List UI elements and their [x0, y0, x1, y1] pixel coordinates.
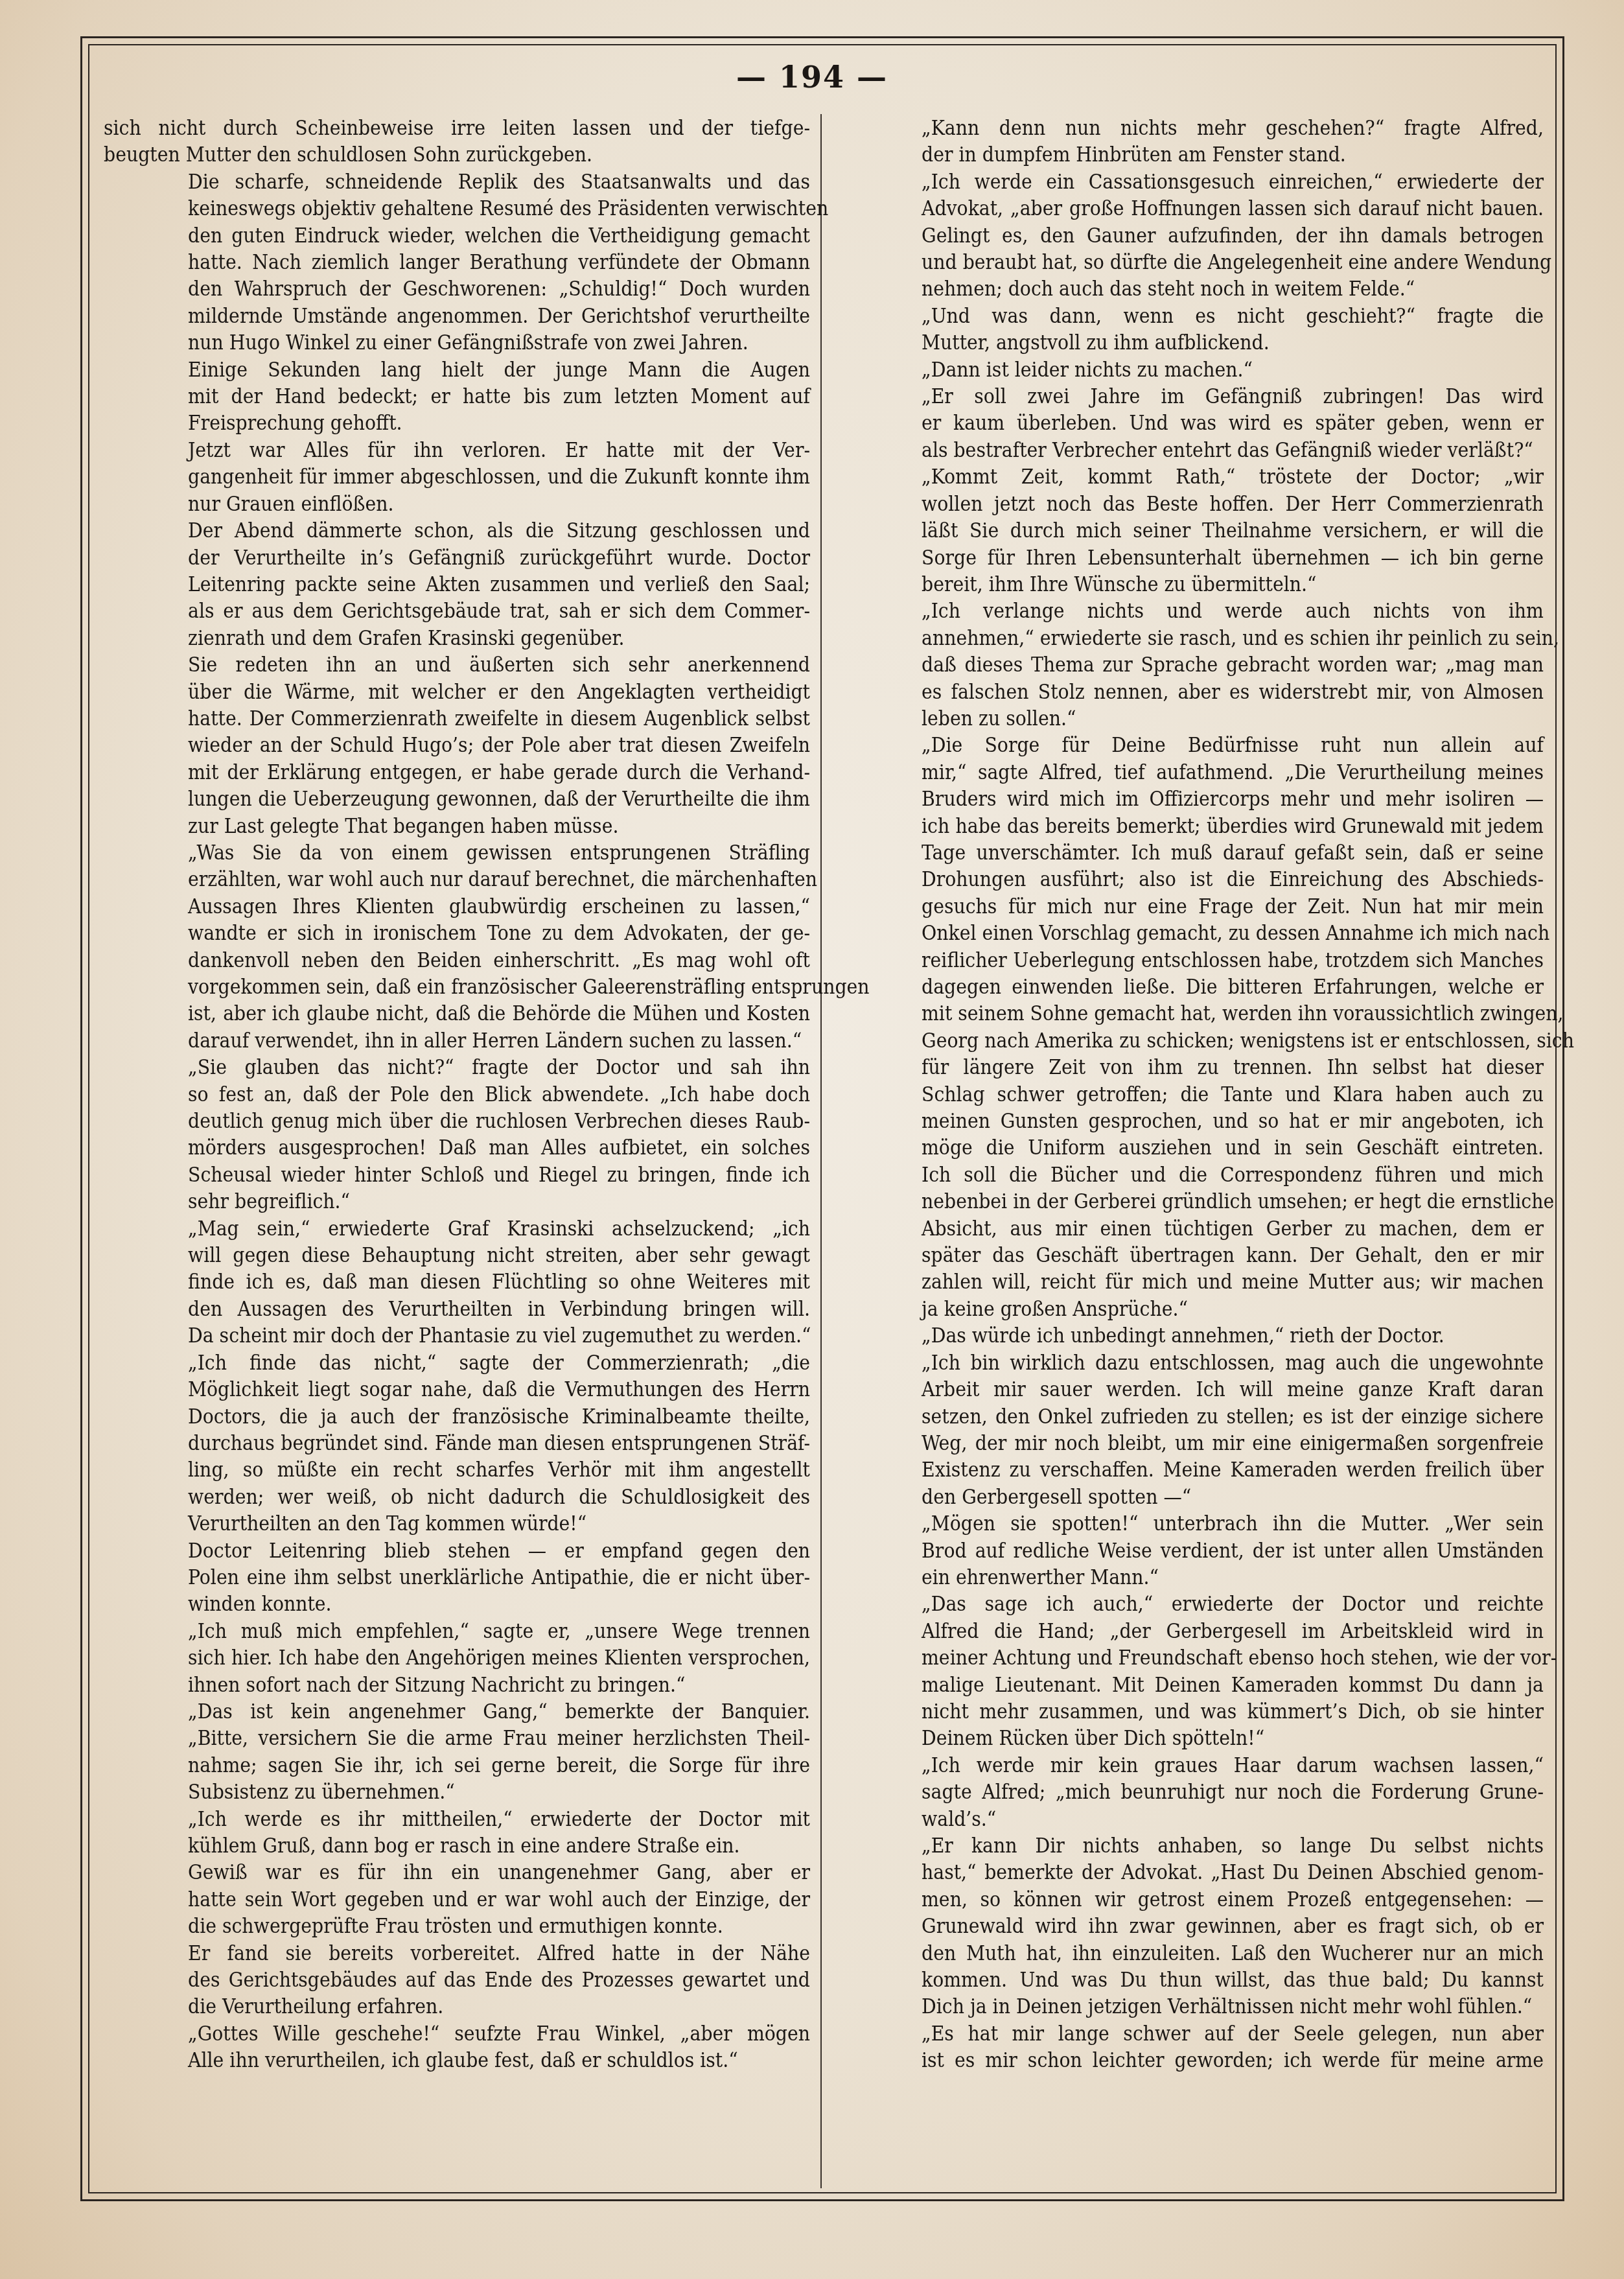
text-line: „Ich bin wirklich dazu entschlossen, mag…	[837, 1350, 1544, 1377]
page-number: —194—	[0, 60, 1624, 95]
text-line: „Mögen sie spotten!“ unterbrach ihn die …	[837, 1511, 1544, 1537]
text-line: über die Wärme, mit welcher er den Angek…	[104, 679, 810, 706]
text-line: „Kommt Zeit, kommt Rath,“ tröstete der D…	[837, 464, 1544, 491]
text-line: reiflicher Ueberlegung entschlossen habe…	[837, 948, 1544, 974]
paragraph: „Kommt Zeit, kommt Rath,“ tröstete der D…	[837, 464, 1544, 598]
text-line: „Bitte, versichern Sie die arme Frau mei…	[104, 1725, 810, 1752]
text-line: den Wahrspruch der Geschworenen: „Schuld…	[104, 276, 810, 303]
text-line: für längere Zeit von ihm zu trennen. Ihn…	[837, 1055, 1544, 1081]
text-line: sich nicht durch Scheinbeweise irre leit…	[104, 115, 810, 142]
text-line: deutlich genug mich über die ruchlosen V…	[104, 1108, 810, 1135]
text-line: „Ich werde ein Cassationsgesuch einreich…	[837, 169, 1544, 196]
text-line: wald’s.“	[837, 1806, 1544, 1833]
text-line: Möglichkeit liegt sogar nahe, daß die Ve…	[104, 1377, 810, 1403]
text-line: der Verurtheilte in’s Gefängniß zurückge…	[104, 545, 810, 572]
paragraph: Doctor Leitenring blieb stehen — er empf…	[104, 1538, 810, 1619]
paragraph: Einige Sekunden lang hielt der junge Man…	[104, 357, 810, 438]
text-line: Drohungen ausführt; also ist die Einreic…	[837, 867, 1544, 893]
text-line: nehmen; doch auch das steht noch in weit…	[837, 276, 1544, 303]
paragraph: „Kann denn nun nichts mehr geschehen?“ f…	[837, 115, 1544, 169]
paragraph: „Sie glauben das nicht?“ fragte der Doct…	[104, 1055, 810, 1215]
paragraph: „Mag sein,“ erwiederte Graf Krasinski ac…	[104, 1216, 810, 1350]
text-line: möge die Uniform ausziehen und in sein G…	[837, 1135, 1544, 1162]
text-line: sagte Alfred; „mich beunruhigt nur noch …	[837, 1779, 1544, 1806]
text-line: Verurtheilten an den Tag kommen würde!“	[104, 1511, 810, 1537]
text-line: Freisprechung gehofft.	[104, 410, 810, 437]
paragraph: „Er kann Dir nichts anhaben, so lange Du…	[837, 1833, 1544, 2021]
text-line: kühlem Gruß, dann bog er rasch in eine a…	[104, 1833, 810, 1860]
paragraph: „Es hat mir lange schwer auf der Seele g…	[837, 2021, 1544, 2075]
text-line: „Ich werde es ihr mittheilen,“ erwiedert…	[104, 1806, 810, 1833]
text-line: Sorge für Ihren Lebensunterhalt übernehm…	[837, 545, 1544, 572]
text-line: als er aus dem Gerichtsgebäude trat, sah…	[104, 598, 810, 625]
left-text-column: sich nicht durch Scheinbeweise irre leit…	[104, 115, 810, 2075]
text-line: wieder an der Schuld Hugo’s; der Pole ab…	[104, 732, 810, 759]
text-line: werden; wer weiß, ob nicht dadurch die S…	[104, 1484, 810, 1511]
text-line: vorgekommen sein, daß ein französischer …	[104, 974, 810, 1001]
text-line: bereit, ihm Ihre Wünsche zu übermitteln.…	[837, 572, 1544, 598]
text-line: Scheusal wieder hinter Schloß und Riegel…	[104, 1162, 810, 1189]
text-line: sich hier. Ich habe den Angehörigen mein…	[104, 1645, 810, 1672]
text-line: beugten Mutter den schuldlosen Sohn zurü…	[104, 142, 810, 169]
text-line: Existenz zu verschaffen. Meine Kameraden…	[837, 1457, 1544, 1484]
text-line: Die scharfe, schneidende Replik des Staa…	[104, 169, 810, 196]
text-line: „Ich muß mich empfehlen,“ sagte er, „uns…	[104, 1619, 810, 1645]
paragraph: „Mögen sie spotten!“ unterbrach ihn die …	[837, 1511, 1544, 1591]
text-line: ja keine großen Ansprüche.“	[837, 1296, 1544, 1323]
text-line: Mutter, angstvoll zu ihm aufblickend.	[837, 330, 1544, 356]
text-line: Absicht, aus mir einen tüchtigen Gerber …	[837, 1216, 1544, 1243]
text-line: mildernde Umstände angenommen. Der Geric…	[104, 303, 810, 330]
text-line: Polen eine ihm selbst unerklärliche Anti…	[104, 1565, 810, 1591]
text-line: Arbeit mir sauer werden. Ich will meine …	[837, 1377, 1544, 1403]
paragraph: Gewiß war es für ihn ein unangenehmer Ga…	[104, 1860, 810, 1940]
text-line: „Das würde ich unbedingt annehmen,“ riet…	[837, 1323, 1544, 1350]
text-line: nahme; sagen Sie ihr, ich sei gerne bere…	[104, 1753, 810, 1779]
text-line: zahlen will, reicht für mich und meine M…	[837, 1269, 1544, 1296]
text-line: dagegen einwenden ließe. Die bitteren Er…	[837, 974, 1544, 1001]
text-line: gangenheit für immer abgeschlossen, und …	[104, 464, 810, 491]
paragraph: Die scharfe, schneidende Replik des Staa…	[104, 169, 810, 357]
text-line: ling, so müßte ein recht scharfes Verhör…	[104, 1457, 810, 1484]
text-line: ein ehrenwerther Mann.“	[837, 1565, 1544, 1591]
text-line: die schwergeprüfte Frau trösten und ermu…	[104, 1913, 810, 1940]
paragraph: „Dann ist leider nichts zu machen.“	[837, 357, 1544, 384]
text-line: „Dann ist leider nichts zu machen.“	[837, 357, 1544, 384]
paragraph: Der Abend dämmerte schon, als die Sitzun…	[104, 518, 810, 652]
text-line: meiner Achtung und Freundschaft ebenso h…	[837, 1645, 1544, 1672]
text-line: „Die Sorge für Deine Bedürfnisse ruht nu…	[837, 732, 1544, 759]
text-line: und beraubt hat, so dürfte die Angelegen…	[837, 250, 1544, 276]
text-line: Doctor Leitenring blieb stehen — er empf…	[104, 1538, 810, 1565]
text-line: „Ich verlange nichts und werde auch nich…	[837, 598, 1544, 625]
text-line: „Das sage ich auch,“ erwiederte der Doct…	[837, 1591, 1544, 1618]
text-line: Alle ihn verurtheilen, ich glaube fest, …	[104, 2048, 810, 2074]
text-line: den Aussagen des Verurtheilten in Verbin…	[104, 1296, 810, 1323]
text-line: Georg nach Amerika zu schicken; wenigste…	[837, 1028, 1544, 1055]
text-line: „Ich finde das nicht,“ sagte der Commerz…	[104, 1350, 810, 1377]
text-line: Alfred die Hand; „der Gerbergesell im Ar…	[837, 1619, 1544, 1645]
text-line: „Er kann Dir nichts anhaben, so lange Du…	[837, 1833, 1544, 1860]
paragraph: „Er soll zwei Jahre im Gefängniß zubring…	[837, 384, 1544, 464]
text-line: Der Abend dämmerte schon, als die Sitzun…	[104, 518, 810, 544]
text-line: Gewiß war es für ihn ein unangenehmer Ga…	[104, 1860, 810, 1886]
paragraph: „Das ist kein angenehmer Gang,“ bemerkte…	[104, 1699, 810, 1806]
text-line: Doctors, die ja auch der französische Kr…	[104, 1404, 810, 1431]
paragraph: „Gottes Wille geschehe!“ seufzte Frau Wi…	[104, 2021, 810, 2075]
paragraph: „Und was dann, wenn es nicht geschieht?“…	[837, 303, 1544, 357]
text-line: Advokat, „aber große Hoffnungen lassen s…	[837, 196, 1544, 222]
text-line: Onkel einen Vorschlag gemacht, zu dessen…	[837, 920, 1544, 947]
text-line: es falschen Stolz nennen, aber es widers…	[837, 679, 1544, 706]
paragraph: Jetzt war Alles für ihn verloren. Er hat…	[104, 438, 810, 518]
paragraph: „Ich werde ein Cassationsgesuch einreich…	[837, 169, 1544, 303]
text-line: er kaum überleben. Und was wird es späte…	[837, 410, 1544, 437]
text-line: den guten Eindruck wieder, welchen die V…	[104, 223, 810, 250]
text-line: ihnen sofort nach der Sitzung Nachricht …	[104, 1672, 810, 1699]
text-line: Leitenring packte seine Akten zusammen u…	[104, 572, 810, 598]
text-line: Ich soll die Bücher und die Corresponden…	[837, 1162, 1544, 1189]
paragraph: „Ich verlange nichts und werde auch nich…	[837, 598, 1544, 732]
text-line: „Und was dann, wenn es nicht geschieht?“…	[837, 303, 1544, 330]
text-line: „Er soll zwei Jahre im Gefängniß zubring…	[837, 384, 1544, 410]
text-line: Sie redeten ihn an und äußerten sich seh…	[104, 652, 810, 679]
text-line: mit seinem Sohne gemacht hat, werden ihn…	[837, 1001, 1544, 1027]
text-line: Bruders wird mich im Offiziercorps mehr …	[837, 786, 1544, 813]
text-line: gesuchs für mich nur eine Frage der Zeit…	[837, 894, 1544, 920]
text-line: „Was Sie da von einem gewissen entsprung…	[104, 840, 810, 867]
text-line: Subsistenz zu übernehmen.“	[104, 1779, 810, 1806]
text-line: zur Last gelegte That begangen haben müs…	[104, 813, 810, 840]
paragraph: Sie redeten ihn an und äußerten sich seh…	[104, 652, 810, 840]
text-line: Aussagen Ihres Klienten glaubwürdig ersc…	[104, 894, 810, 920]
text-line: men, so können wir getrost einem Prozeß …	[837, 1887, 1544, 1913]
text-line: läßt Sie durch mich seiner Theilnahme ve…	[837, 518, 1544, 544]
text-line: mir,“ sagte Alfred, tief aufathmend. „Di…	[837, 760, 1544, 786]
text-line: nicht mehr zusammen, und was kümmert’s D…	[837, 1699, 1544, 1725]
text-line: Da scheint mir doch der Phantasie zu vie…	[104, 1323, 810, 1350]
text-line: annehmen,“ erwiederte sie rasch, und es …	[837, 625, 1544, 652]
text-line: hatte. Nach ziemlich langer Berathung ve…	[104, 250, 810, 276]
text-line: meinen Gunsten gesprochen, und so hat er…	[837, 1108, 1544, 1135]
paragraph: „Das würde ich unbedingt annehmen,“ riet…	[837, 1323, 1544, 1350]
text-line: ich habe das bereits bemerkt; überdies w…	[837, 813, 1544, 840]
text-line: Er fand sie bereits vorbereitet. Alfred …	[104, 1941, 810, 1967]
text-line: daß dieses Thema zur Sprache gebracht wo…	[837, 652, 1544, 679]
text-line: ist es mir schon leichter geworden; ich …	[837, 2048, 1544, 2074]
paragraph: „Ich bin wirklich dazu entschlossen, mag…	[837, 1350, 1544, 1511]
text-line: lungen die Ueberzeugung gewonnen, daß de…	[104, 786, 810, 813]
paragraph: sich nicht durch Scheinbeweise irre leit…	[104, 115, 810, 169]
text-line: dankenvoll neben den Beiden einherschrit…	[104, 948, 810, 974]
text-line: Jetzt war Alles für ihn verloren. Er hat…	[104, 438, 810, 464]
page-number-left-dash: —	[736, 60, 767, 95]
text-line: nur Grauen einflößen.	[104, 491, 810, 518]
text-line: darauf verwendet, ihn in aller Herren Lä…	[104, 1028, 810, 1055]
paragraph: „Ich werde mir kein graues Haar darum wa…	[837, 1753, 1544, 1833]
text-line: zienrath und dem Grafen Krasinski gegenü…	[104, 625, 810, 652]
text-line: später das Geschäft übertragen kann. Der…	[837, 1243, 1544, 1269]
text-line: nun Hugo Winkel zu einer Gefängnißstrafe…	[104, 330, 810, 356]
text-line: Weg, der mir noch bleibt, um mir eine ei…	[837, 1431, 1544, 1457]
text-line: den Muth hat, ihn einzuleiten. Laß den W…	[837, 1941, 1544, 1967]
paragraph: „Die Sorge für Deine Bedürfnisse ruht nu…	[837, 732, 1544, 1323]
text-line: Einige Sekunden lang hielt der junge Man…	[104, 357, 810, 384]
text-line: hatte sein Wort gegeben und er war wohl …	[104, 1887, 810, 1913]
text-line: Deinem Rücken über Dich spötteln!“	[837, 1725, 1544, 1752]
text-line: „Mag sein,“ erwiederte Graf Krasinski ac…	[104, 1216, 810, 1243]
text-line: Grunewald wird ihn zwar gewinnen, aber e…	[837, 1913, 1544, 1940]
text-line: Dich ja in Deinen jetzigen Verhältnissen…	[837, 1994, 1544, 2020]
paragraph: Er fand sie bereits vorbereitet. Alfred …	[104, 1941, 810, 2021]
text-line: sehr begreiflich.“	[104, 1189, 810, 1215]
paragraph: „Was Sie da von einem gewissen entsprung…	[104, 840, 810, 1055]
text-line: leben zu sollen.“	[837, 706, 1544, 732]
page-number-right-dash: —	[857, 60, 888, 95]
text-line: mörders ausgesprochen! Daß man Alles auf…	[104, 1135, 810, 1162]
paragraph: „Das sage ich auch,“ erwiederte der Doct…	[837, 1591, 1544, 1752]
text-line: ist, aber ich glaube nicht, daß die Behö…	[104, 1001, 810, 1027]
text-line: des Gerichtsgebäudes auf das Ende des Pr…	[104, 1967, 810, 1994]
text-line: „Es hat mir lange schwer auf der Seele g…	[837, 2021, 1544, 2048]
page-number-value: 194	[779, 60, 845, 95]
text-line: „Gottes Wille geschehe!“ seufzte Frau Wi…	[104, 2021, 810, 2048]
text-line: die Verurtheilung erfahren.	[104, 1994, 810, 2020]
text-line: Brod auf redliche Weise verdient, der is…	[837, 1538, 1544, 1565]
text-line: keineswegs objektiv gehaltene Resumé des…	[104, 196, 810, 222]
text-line: „Ich werde mir kein graues Haar darum wa…	[837, 1753, 1544, 1779]
text-line: malige Lieutenant. Mit Deinen Kameraden …	[837, 1672, 1544, 1699]
paragraph: „Ich muß mich empfehlen,“ sagte er, „uns…	[104, 1619, 810, 1699]
text-line: hast,“ bemerkte der Advokat. „Hast Du De…	[837, 1860, 1544, 1886]
text-line: wollen jetzt noch das Beste hoffen. Der …	[837, 491, 1544, 518]
text-line: „Sie glauben das nicht?“ fragte der Doct…	[104, 1055, 810, 1081]
text-line: nebenbei in der Gerberei gründlich umseh…	[837, 1189, 1544, 1215]
text-line: der in dumpfem Hinbrüten am Fenster stan…	[837, 142, 1544, 169]
text-line: als bestrafter Verbrecher entehrt das Ge…	[837, 438, 1544, 464]
text-line: mit der Hand bedeckt; er hatte bis zum l…	[104, 384, 810, 410]
text-line: den Gerbergesell spotten —“	[837, 1484, 1544, 1511]
text-line: Tage unverschämter. Ich muß darauf gefaß…	[837, 840, 1544, 867]
text-line: kommen. Und was Du thun willst, das thue…	[837, 1967, 1544, 1994]
text-line: erzählten, war wohl auch nur darauf bere…	[104, 867, 810, 893]
text-line: durchaus begründet sind. Fände man diese…	[104, 1431, 810, 1457]
text-line: so fest an, daß der Pole den Blick abwen…	[104, 1082, 810, 1108]
text-line: hatte. Der Commerzienrath zweifelte in d…	[104, 706, 810, 732]
text-line: will gegen diese Behauptung nicht streit…	[104, 1243, 810, 1269]
column-divider-rule	[820, 114, 822, 2188]
text-line: „Das ist kein angenehmer Gang,“ bemerkte…	[104, 1699, 810, 1725]
text-line: wandte er sich in ironischem Tone zu dem…	[104, 920, 810, 947]
text-line: Schlag schwer getroffen; die Tante und K…	[837, 1082, 1544, 1108]
text-line: winden konnte.	[104, 1591, 810, 1618]
right-text-column: „Kann denn nun nichts mehr geschehen?“ f…	[837, 115, 1544, 2075]
text-line: Gelingt es, den Gauner aufzufinden, der …	[837, 223, 1544, 250]
text-line: mit der Erklärung entgegen, er habe gera…	[104, 760, 810, 786]
text-line: finde ich es, daß man diesen Flüchtling …	[104, 1269, 810, 1296]
text-line: „Kann denn nun nichts mehr geschehen?“ f…	[837, 115, 1544, 142]
paragraph: „Ich werde es ihr mittheilen,“ erwiedert…	[104, 1806, 810, 1860]
paragraph: „Ich finde das nicht,“ sagte der Commerz…	[104, 1350, 810, 1538]
text-line: setzen, den Onkel zufrieden zu stellen; …	[837, 1404, 1544, 1431]
